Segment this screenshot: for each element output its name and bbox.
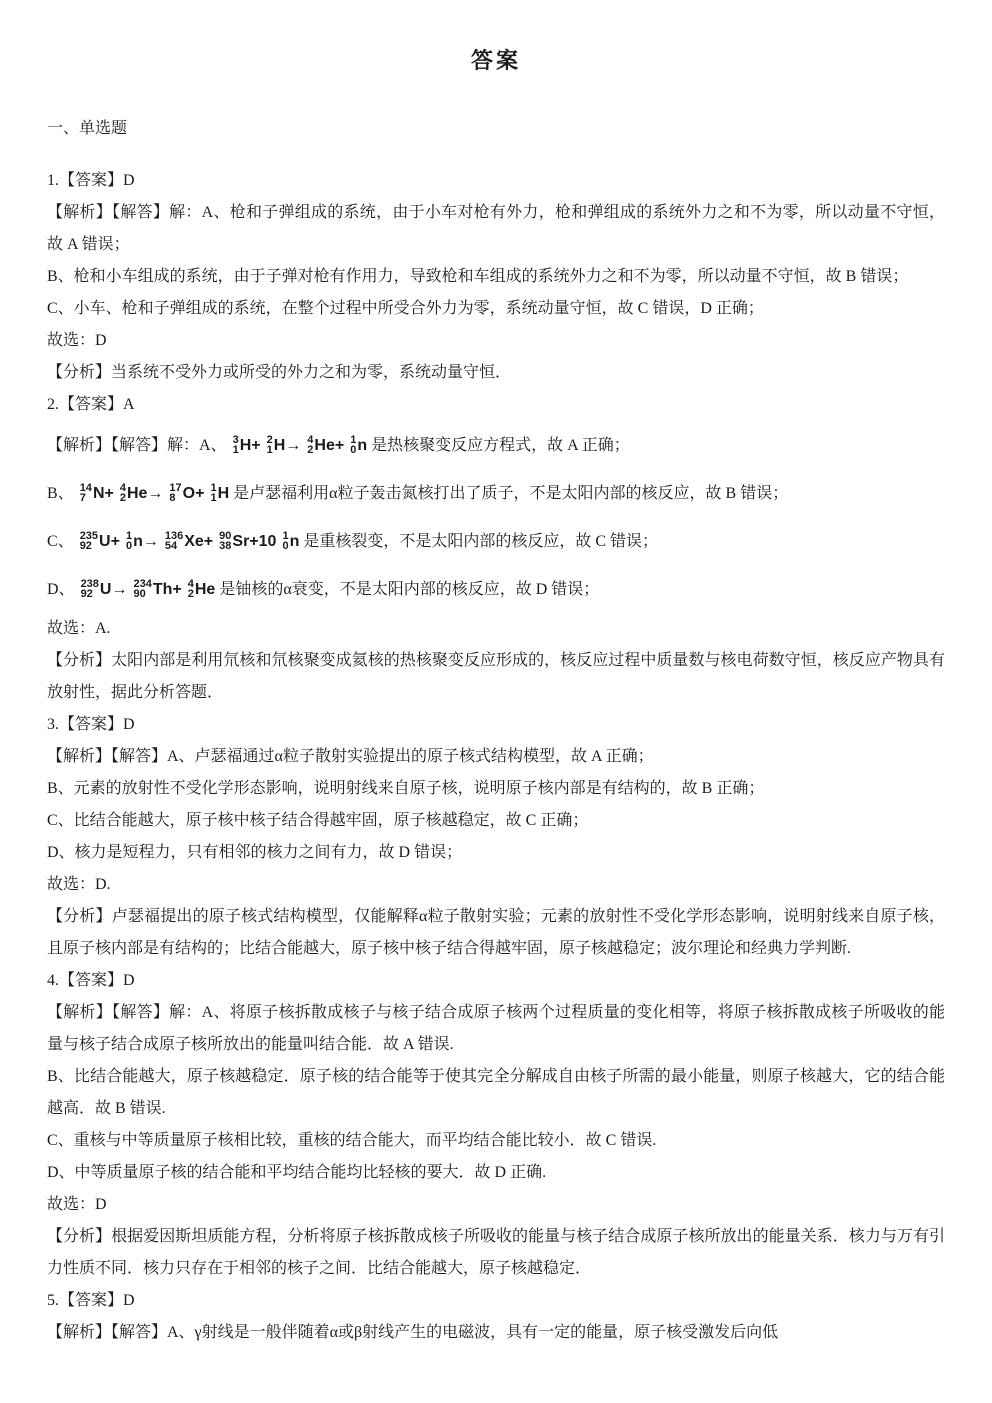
document-body: 1.【答案】D【解析】【解答】解：A、枪和子弹组成的系统，由于小车对枪有外力，枪… <box>47 165 945 1349</box>
nuclide: 10n→ <box>120 533 159 550</box>
atomic-number: 90 <box>133 589 151 599</box>
answer-line: 4.【答案】D <box>47 965 945 997</box>
atomic-number: 1 <box>210 493 216 503</box>
formula-text: B、 <box>47 485 74 502</box>
text-paragraph: 故选：D <box>47 1189 945 1221</box>
atomic-number: 1 <box>267 445 273 455</box>
text-paragraph: 【解析】【解答】A、γ射线是一般伴随着α或β射线产生的电磁波，具有一定的能量，原… <box>47 1317 945 1349</box>
element-symbol: n <box>357 437 367 454</box>
nuclide: 147N+ <box>74 485 114 502</box>
element-symbol: O+ <box>183 485 205 502</box>
answer-line: 3.【答案】D <box>47 709 945 741</box>
element-symbol: n→ <box>133 533 159 550</box>
nuclide: 13654Xe+ <box>159 533 213 550</box>
element-symbol: U+ <box>99 533 120 550</box>
element-symbol: Xe+ <box>184 533 213 550</box>
nuclide: 11H <box>204 485 229 502</box>
formula-line: 【解析】【解答】解：A、31H+21H→42He+10n 是热核聚变反应方程式，… <box>47 421 945 469</box>
nuclide: 23892U→ <box>75 581 128 598</box>
atomic-number: 92 <box>81 589 99 599</box>
text-paragraph: B、比结合能越大，原子核越稳定．原子核的结合能等于使其完全分解成自由核子所需的最… <box>47 1061 945 1125</box>
atomic-number: 38 <box>219 541 231 551</box>
formula-text: 是热核聚变反应方程式，故 A 正确； <box>367 437 630 454</box>
atomic-number: 0 <box>282 541 288 551</box>
element-symbol: H+ <box>240 437 261 454</box>
formula-text: D、 <box>47 581 75 598</box>
formula-text: 是卢瑟福利用α粒子轰击氮核打出了质子，不是太阳内部的核反应，故 B 错误； <box>229 485 788 502</box>
formula-line: C、23592U+10n→13654Xe+9038Sr+1010n 是重核裂变，… <box>47 517 945 565</box>
atomic-number: 8 <box>169 493 181 503</box>
formula-text: 【解析】【解答】解：A、 <box>47 437 227 454</box>
text-paragraph: 故选：A. <box>47 613 945 645</box>
section-heading: 一、单选题 <box>47 115 945 138</box>
text-paragraph: 故选：D <box>47 325 945 357</box>
formula-text: 是铀核的α衰变，不是太阳内部的核反应，故 D 错误； <box>215 581 599 598</box>
document-page: 答案 一、单选题 1.【答案】D【解析】【解答】解：A、枪和子弹组成的系统，由于… <box>0 0 992 1403</box>
answer-line: 1.【答案】D <box>47 165 945 197</box>
text-paragraph: D、中等质量原子核的结合能和平均结合能均比轻核的要大．故 D 正确. <box>47 1157 945 1189</box>
formula-text: C、 <box>47 533 74 550</box>
atomic-number: 1 <box>233 445 239 455</box>
nuclide: 9038Sr+10 <box>213 533 276 550</box>
nuclide: 10n <box>344 437 367 454</box>
formula-text: 是重核裂变，不是太阳内部的核反应，故 C 错误； <box>299 533 658 550</box>
nuclide: 178O+ <box>163 485 204 502</box>
element-symbol: He+ <box>314 437 344 454</box>
atomic-number: 2 <box>188 589 194 599</box>
answer-line: 5.【答案】D <box>47 1285 945 1317</box>
text-paragraph: 【解析】【解答】解：A、将原子核拆散成核子与核子结合成原子核两个过程质量的变化相… <box>47 997 945 1061</box>
text-paragraph: 【分析】卢瑟福提出的原子核式结构模型，仅能解释α粒子散射实验；元素的放射性不受化… <box>47 901 945 965</box>
text-paragraph: 【分析】根据爱因斯坦质能方程，分析将原子核拆散成核子所吸收的能量与核子结合成原子… <box>47 1221 945 1285</box>
element-symbol: Sr+10 <box>232 533 276 550</box>
element-symbol: H <box>218 485 230 502</box>
formula-line: D、23892U→23490Th+42He 是铀核的α衰变，不是太阳内部的核反应… <box>47 565 945 613</box>
text-paragraph: 【解析】【解答】解：A、枪和子弹组成的系统，由于小车对枪有外力，枪和弹组成的系统… <box>47 197 945 261</box>
nuclide: 23490Th+ <box>127 581 181 598</box>
answer-line: 2.【答案】A <box>47 389 945 421</box>
page-title: 答案 <box>47 44 945 75</box>
text-paragraph: B、元素的放射性不受化学形态影响，说明射线来自原子核，说明原子核内部是有结构的，… <box>47 773 945 805</box>
nuclide: 42He→ <box>114 485 164 502</box>
text-paragraph: D、核力是短程力，只有相邻的核力之间有力，故 D 错误； <box>47 837 945 869</box>
element-symbol: U→ <box>100 581 128 598</box>
atomic-number: 0 <box>350 445 356 455</box>
text-paragraph: C、比结合能越大，原子核中核子结合得越牢固，原子核越稳定，故 C 正确； <box>47 805 945 837</box>
text-paragraph: C、小车、枪和子弹组成的系统，在整个过程中所受合外力为零，系统动量守恒，故 C … <box>47 293 945 325</box>
atomic-number: 2 <box>120 493 126 503</box>
atomic-number: 0 <box>126 541 132 551</box>
element-symbol: N+ <box>93 485 114 502</box>
element-symbol: He <box>195 581 215 598</box>
element-symbol: Th+ <box>153 581 182 598</box>
atomic-number: 92 <box>80 541 98 551</box>
atomic-number: 2 <box>307 445 313 455</box>
text-paragraph: 【解析】【解答】A、卢瑟福通过α粒子散射实验提出的原子核式结构模型，故 A 正确… <box>47 741 945 773</box>
nuclide: 42He <box>182 581 216 598</box>
element-symbol: H→ <box>274 437 302 454</box>
atomic-number: 54 <box>165 541 183 551</box>
nuclide: 21H→ <box>261 437 302 454</box>
nuclide: 23592U+ <box>74 533 120 550</box>
text-paragraph: C、重核与中等质量原子核相比较，重核的结合能大，而平均结合能比较小．故 C 错误… <box>47 1125 945 1157</box>
element-symbol: He→ <box>127 485 163 502</box>
text-paragraph: 【分析】当系统不受外力或所受的外力之和为零，系统动量守恒． <box>47 357 945 389</box>
nuclide: 42He+ <box>301 437 344 454</box>
formula-line: B、147N+42He→178O+11H 是卢瑟福利用α粒子轰击氮核打出了质子，… <box>47 469 945 517</box>
text-paragraph: B、枪和小车组成的系统，由于子弹对枪有作用力，导致枪和车组成的系统外力之和不为零… <box>47 261 945 293</box>
nuclide: 10n <box>276 533 299 550</box>
text-paragraph: 【分析】太阳内部是利用氘核和氘核聚变成氦核的热核聚变反应形成的，核反应过程中质量… <box>47 645 945 709</box>
atomic-number: 7 <box>80 493 92 503</box>
nuclide: 31H+ <box>227 437 261 454</box>
element-symbol: n <box>290 533 300 550</box>
text-paragraph: 故选：D. <box>47 869 945 901</box>
